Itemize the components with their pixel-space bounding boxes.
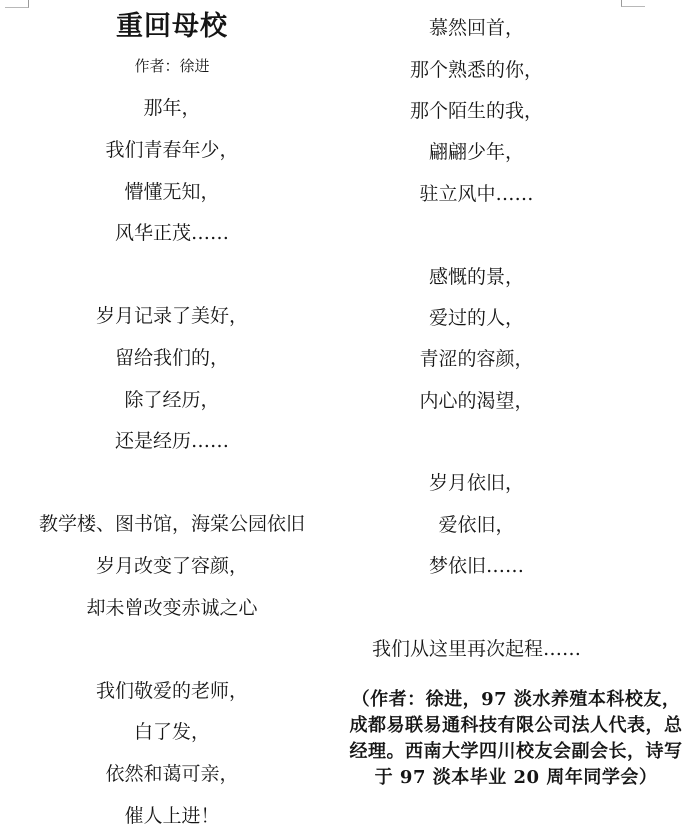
poem-line: 那个熟悉的你， xyxy=(344,47,609,88)
poem-line: 白了发， xyxy=(0,710,344,752)
poem-line: 风华正茂…… xyxy=(0,211,344,253)
footnote-line: 经理。西南大学四川校友会副会长，诗写 xyxy=(348,739,684,765)
poem-left-column: 重回母校 作者：徐进 那年，我们青春年少，懵懂无知，风华正茂……岁月记录了美好，… xyxy=(0,3,344,835)
poem-line: 梦依旧…… xyxy=(344,544,609,585)
poem-line: 爱依旧， xyxy=(344,503,609,544)
poem-line: 除了经历， xyxy=(0,377,344,419)
poem-line: 青涩的容颜， xyxy=(344,337,609,378)
poem-line: 我们青春年少， xyxy=(0,128,344,170)
poem-line: 我们从这里再次起程…… xyxy=(344,627,609,668)
footnote-line: 于 97 淡本毕业 20 周年同学会） xyxy=(348,765,684,791)
poem-line: 岁月依旧， xyxy=(344,461,609,502)
poem-byline: 作者：徐进 xyxy=(0,45,344,87)
poem-line: 岁月记录了美好， xyxy=(0,294,344,336)
footnote-line: 成都易联易通科技有限公司法人代表，总 xyxy=(348,713,684,739)
poem-line: 驻立风中…… xyxy=(344,172,609,213)
poem-right-column: 慕然回首，那个熟悉的你，那个陌生的我，翩翩少年，驻立风中……感慨的景，爱过的人，… xyxy=(344,6,609,668)
poem-title: 重回母校 xyxy=(0,3,344,45)
poem-line: 慕然回首， xyxy=(344,6,609,47)
footnote-line: （作者：徐进，97 淡水养殖本科校友， xyxy=(348,687,684,713)
poem-line: 感慨的景， xyxy=(344,254,609,295)
poem-line: 依然和蔼可亲， xyxy=(0,752,344,794)
author-footnote: （作者：徐进，97 淡水养殖本科校友，成都易联易通科技有限公司法人代表，总经理。… xyxy=(348,687,684,791)
poem-line: 还是经历…… xyxy=(0,419,344,461)
poem-line: 留给我们的， xyxy=(0,336,344,378)
poem-line: 爱过的人， xyxy=(344,296,609,337)
document-page: 重回母校 作者：徐进 那年，我们青春年少，懵懂无知，风华正茂……岁月记录了美好，… xyxy=(0,0,689,836)
poem-line: 催人上进！ xyxy=(0,793,344,835)
poem-line: 我们敬爱的老师， xyxy=(0,669,344,711)
poem-line: 岁月改变了容颜， xyxy=(0,544,344,586)
poem-line: 那年， xyxy=(0,86,344,128)
poem-line: 那个陌生的我， xyxy=(344,89,609,130)
poem-line: 懵懂无知， xyxy=(0,169,344,211)
poem-line: 却未曾改变赤诚之心 xyxy=(0,585,344,627)
top-right-crop-mark-icon xyxy=(621,0,645,7)
poem-line: 内心的渴望， xyxy=(344,379,609,420)
poem-line: 教学楼、图书馆，海棠公园依旧 xyxy=(0,502,344,544)
poem-line: 翩翩少年， xyxy=(344,130,609,171)
